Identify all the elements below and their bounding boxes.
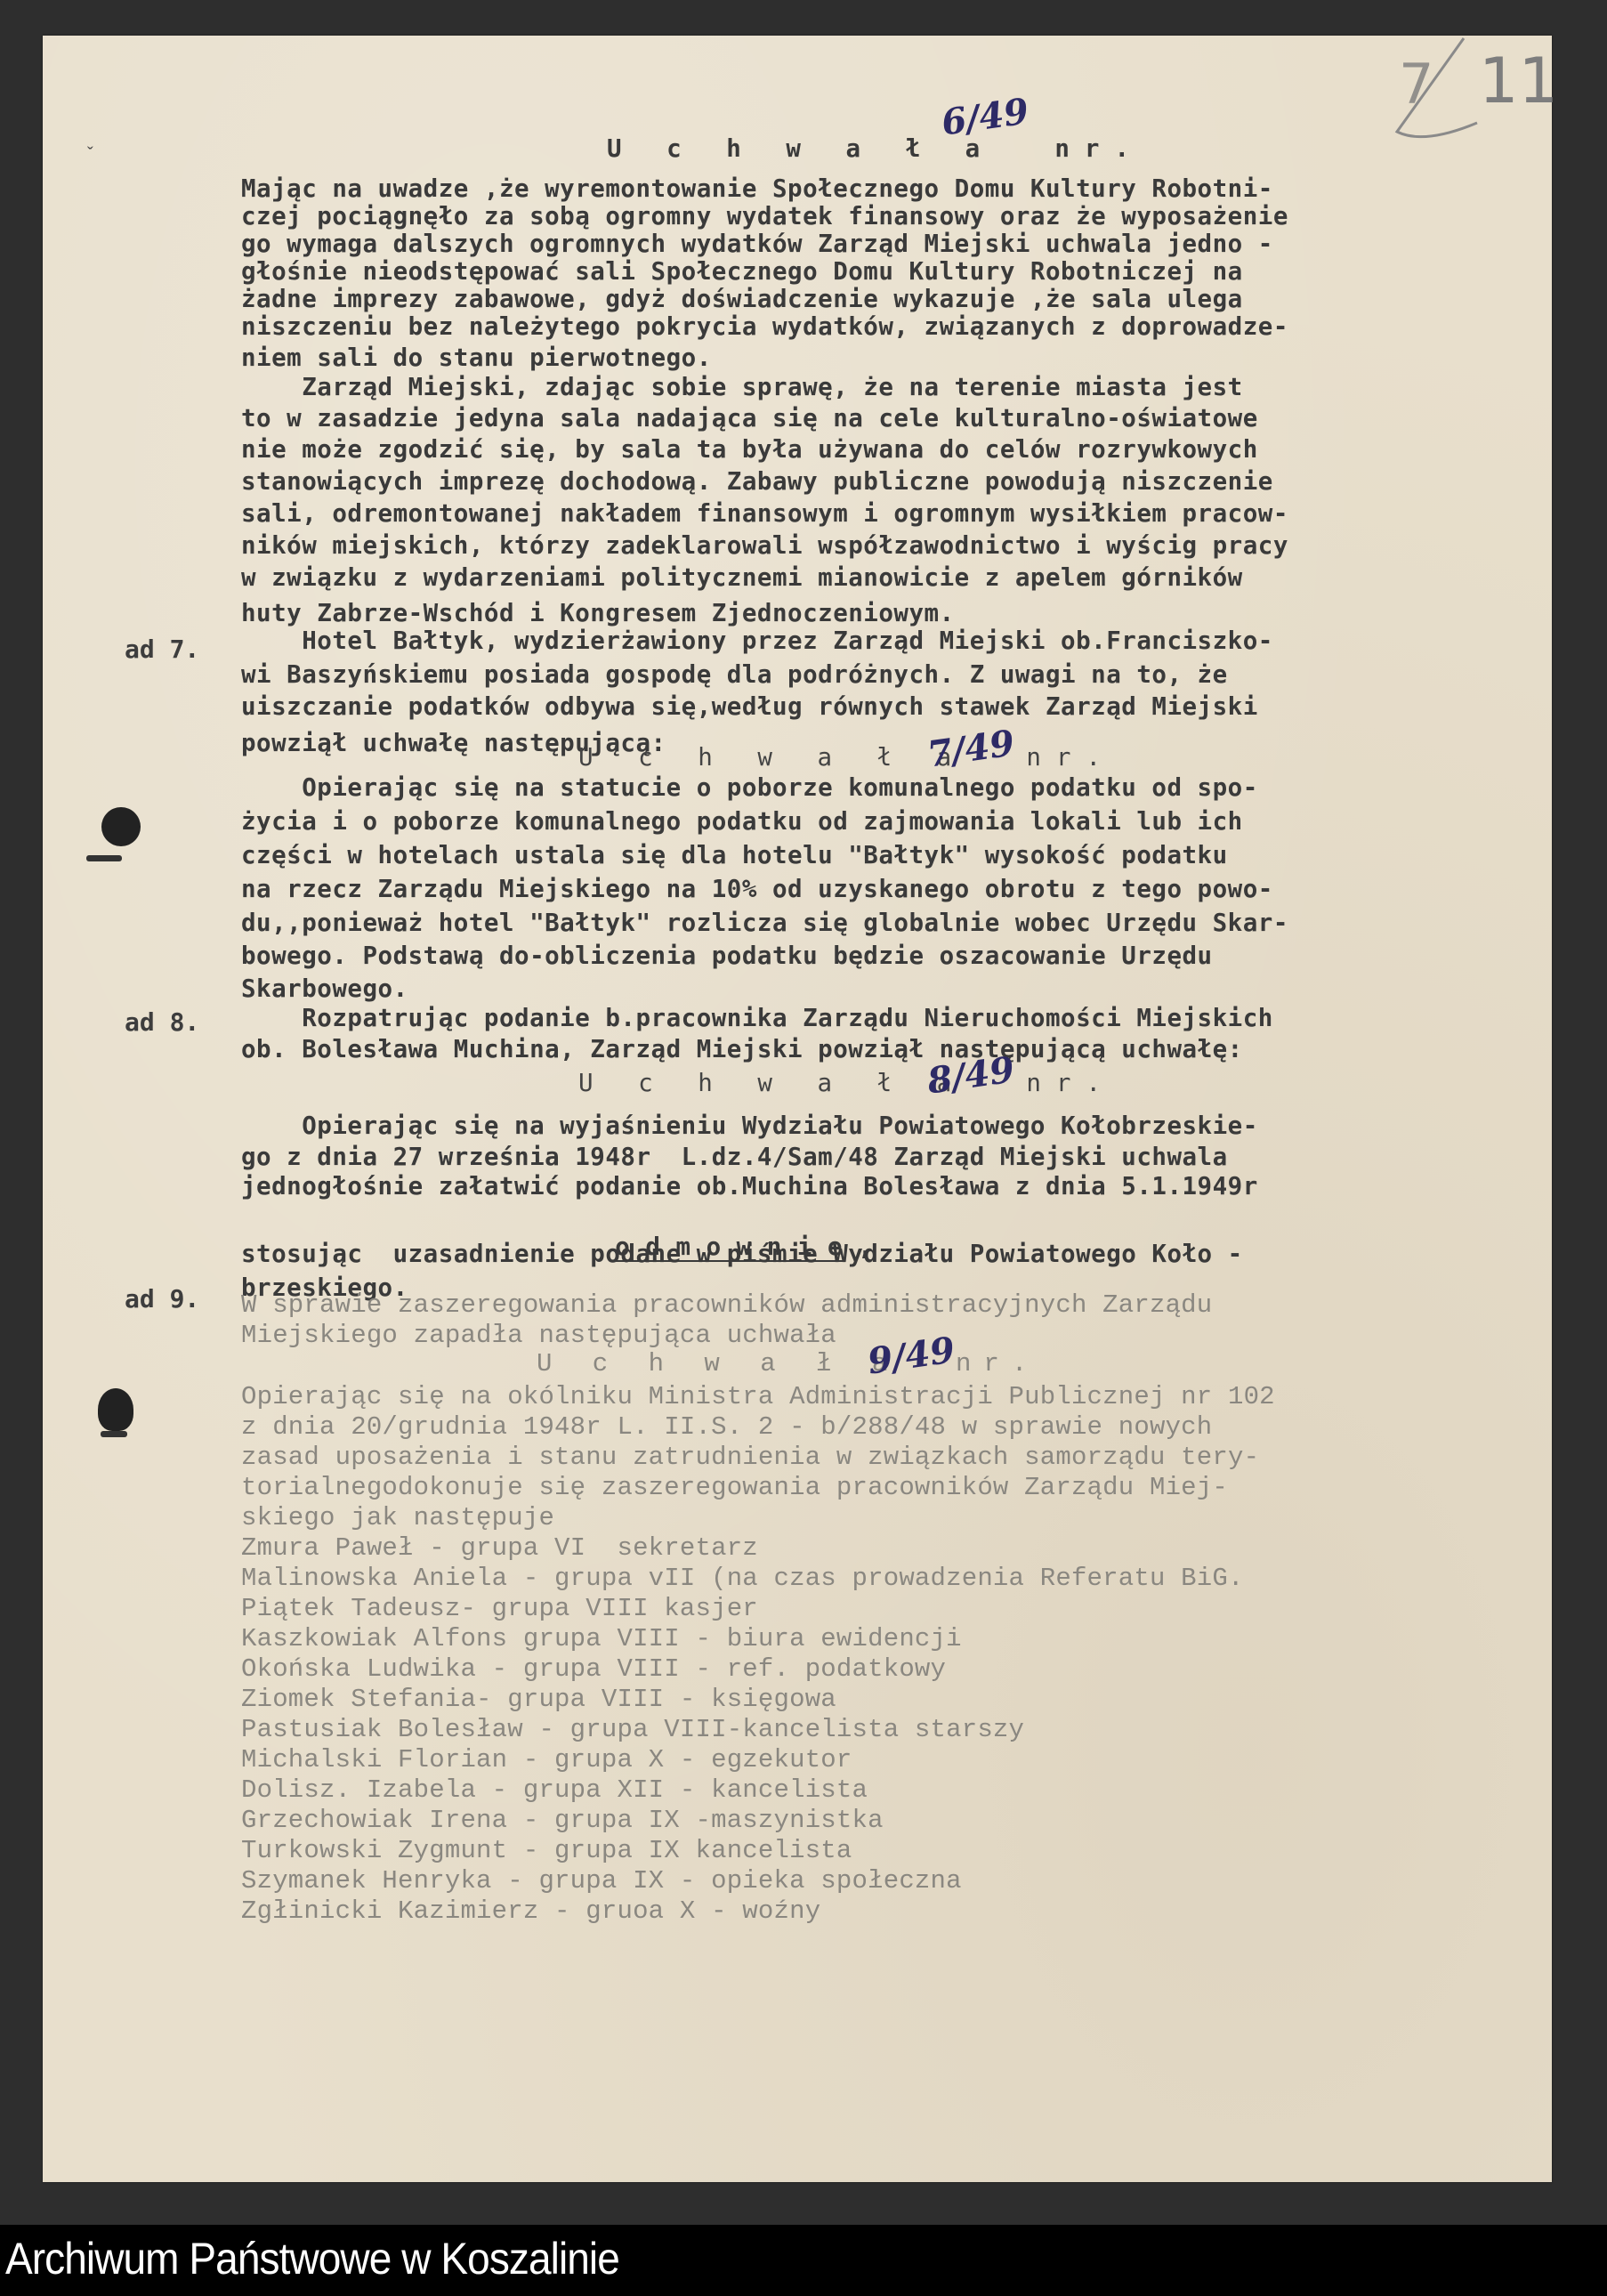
archive-caption: Archiwum Państwowe w Koszalinie — [5, 2230, 619, 2287]
text-line: ob. Bolesława Muchina, Zarząd Miejski po… — [241, 1034, 1243, 1064]
text-line: skiego jak następuje — [241, 1503, 554, 1533]
text-line: du,,ponieważ hotel "Bałtyk" rozlicza się… — [241, 908, 1288, 938]
employee-row: Pastusiak Bolesław - grupa VIII-kancelis… — [241, 1715, 1024, 1745]
text-line: jednogłośnie załatwić podanie ob.Muchina… — [241, 1171, 1258, 1201]
text-line: Rozpatrując podanie b.pracownika Zarządu… — [241, 1003, 1273, 1033]
text-line: stosując uzasadnienie podane w piśmie Wy… — [241, 1239, 1243, 1269]
text-line: Zarząd Miejski, zdając sobie sprawę, że … — [241, 372, 1243, 402]
text-line: Skarbowego. — [241, 974, 408, 1004]
punch-mark-icon — [86, 855, 122, 861]
text-line: bowego. Podstawą do-obliczenia podatku b… — [241, 941, 1213, 971]
employee-row: Piątek Tadeusz- grupa VIII kasjer — [241, 1594, 758, 1624]
text-line: Mając na uwadze ,że wyremontowanie Społe… — [241, 174, 1273, 204]
employee-row: Szymanek Henryka - grupa IX - opieka spo… — [241, 1866, 962, 1896]
text-line: sali, odremontowanej nakładem finansowym… — [241, 498, 1288, 529]
resolution-heading-6: U c h w a ł a nr. — [607, 133, 1144, 164]
text-line: niem sali do stanu pierwotnego. — [241, 343, 712, 373]
text-line: wi Baszyńskiemu posiada gospodę dla podr… — [241, 659, 1228, 690]
text-line: życia i o poborze komunalnego podatku od… — [241, 806, 1243, 837]
text-line: uiszczanie podatków odbywa się,według ró… — [241, 691, 1258, 722]
text-line: na rzecz Zarządu Miejskiego na 10% od uz… — [241, 874, 1273, 904]
text-line: Opierając się na statucie o poborze komu… — [241, 772, 1258, 803]
agenda-item-label-ad8: ad 8. — [125, 1007, 199, 1037]
text-line: czej pociągnęło za sobą ogromny wydatek … — [241, 201, 1288, 231]
agenda-item-label-ad9: ad 9. — [125, 1284, 199, 1314]
text-line: Hotel Bałtyk, wydzierżawiony przez Zarzą… — [241, 626, 1273, 656]
employee-row: Malinowska Aniela - grupa vII (na czas p… — [241, 1564, 1244, 1594]
employee-row: Zmura Paweł - grupa VI sekretarz — [241, 1533, 758, 1564]
employee-row: Kaszkowiak Alfons grupa VIII - biura ewi… — [241, 1624, 962, 1654]
text-line: Opierając się na wyjaśnieniu Wydziału Po… — [241, 1111, 1258, 1141]
employee-row: Dolisz. Izabela - grupa XII - kancelista — [241, 1775, 868, 1806]
pencil-strike-mark — [1379, 34, 1486, 150]
text-line: głośnie nieodstępować sali Społecznego D… — [241, 256, 1243, 287]
text-line: to w zasadzie jedyna sala nadająca się n… — [241, 403, 1258, 433]
text-line: torialnegodokonuje się zaszeregowania pr… — [241, 1473, 1228, 1503]
employee-row: Okońska Ludwika - grupa VIII - ref. poda… — [241, 1654, 946, 1685]
text-line: nie może zgodzić się, by sala ta była uż… — [241, 434, 1258, 465]
text-line: w związku z wydarzeniami politycznemi mi… — [241, 562, 1243, 593]
pencil-page-number: 11 — [1479, 44, 1558, 117]
punch-hole-torn-icon — [98, 1388, 133, 1431]
text-line: W sprawie zaszeregowania pracowników adm… — [241, 1290, 1212, 1321]
employee-row: Ziomek Stefania- grupa VIII - księgowa — [241, 1685, 836, 1715]
text-line: Opierając się na okólniku Ministra Admin… — [241, 1382, 1275, 1412]
agenda-item-label-ad7: ad 7. — [125, 635, 199, 664]
resolution-heading-8: U c h w a ł a nr. — [578, 1068, 1116, 1098]
text-line: huty Zabrze-Wschód i Kongresem Zjednocze… — [241, 598, 955, 628]
text-line: go wymaga dalszych ogromnych wydatków Za… — [241, 229, 1273, 259]
text-line: stanowiących imprezę dochodową. Zabawy p… — [241, 466, 1273, 497]
employee-row: Grzechowiak Irena - grupa IX -maszynistk… — [241, 1806, 884, 1836]
text-line: żadne imprezy zabawowe, gdyż doświadczen… — [241, 284, 1243, 314]
employee-row: Michalski Florian - grupa X - egzekutor — [241, 1745, 852, 1775]
text-line: zasad uposażenia i stanu zatrudnienia w … — [241, 1443, 1259, 1473]
text-line: ników miejskich, którzy zadeklarowali ws… — [241, 530, 1288, 561]
punch-hole-icon — [101, 807, 141, 846]
margin-tick-mark: ˬ — [87, 128, 93, 150]
text-line: niszczeniu bez należytego pokrycia wydat… — [241, 311, 1288, 342]
text-line: części w hotelach ustala się dla hotelu … — [241, 840, 1228, 870]
punch-mark-icon — [101, 1431, 127, 1437]
resolution-heading-7: U c h w a ł a nr. — [578, 742, 1116, 772]
text-line: go z dnia 27 września 1948r L.dz.4/Sam/4… — [241, 1142, 1228, 1172]
text-line: z dnia 20/grudnia 1948r L. II.S. 2 - b/2… — [241, 1412, 1212, 1443]
employee-row: Turkowski Zygmunt - grupa IX kancelista — [241, 1836, 852, 1866]
employee-row: Zgłinicki Kazimierz - gruoa X - woźny — [241, 1896, 820, 1927]
resolution-heading-9: U c h w a ł a nr. — [537, 1349, 1039, 1379]
text-line: Miejskiego zapadła następująca uchwała — [241, 1321, 836, 1351]
